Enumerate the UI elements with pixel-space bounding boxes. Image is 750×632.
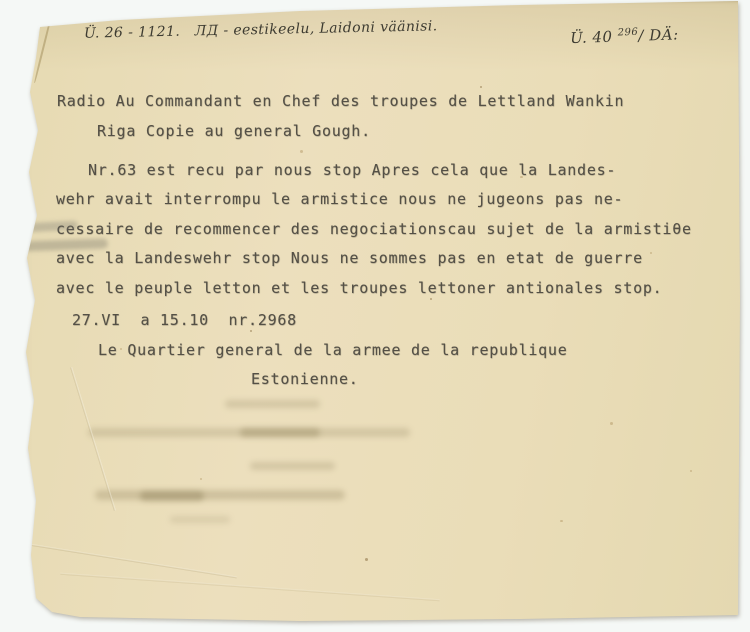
foxing-speck xyxy=(480,86,482,88)
telegram-body-line: avec la Landeswehr stop Nous ne sommes p… xyxy=(56,249,643,267)
foxing-speck xyxy=(250,330,252,332)
foxing-speck xyxy=(560,520,563,522)
paper-crease xyxy=(60,573,439,602)
torn-edge-fold-line xyxy=(34,15,53,83)
annotation-suffix: DÄ: xyxy=(644,25,679,44)
paper-crease xyxy=(70,367,116,511)
annotation-superscript-number: 296 xyxy=(617,27,638,39)
bleed-through-text-mark xyxy=(225,400,320,408)
telegram-body-line: cessaire de recommencer des negociations… xyxy=(56,220,692,238)
paper-shadow-wrap: Ü. 26 - 1121. ЛД - eestikeelu, Laidoni v… xyxy=(0,0,750,632)
foxing-speck xyxy=(365,558,368,561)
telegram-body-line: Nr.63 est recu par nous stop Apres cela … xyxy=(88,161,616,179)
handwritten-annotation-top-right: Ü. 40 296/ DÄ: xyxy=(527,7,679,66)
foxing-speck xyxy=(430,298,432,300)
bleed-through-text-mark xyxy=(140,491,204,501)
foxing-speck xyxy=(200,478,202,480)
bleed-through-text-mark xyxy=(170,516,230,523)
bleed-through-text-mark xyxy=(250,462,335,470)
telegram-signature-line: Le Quartier general de la armee de la re… xyxy=(98,341,567,359)
scanned-document-view: Ü. 26 - 1121. ЛД - eestikeelu, Laidoni v… xyxy=(0,0,750,632)
foxing-speck xyxy=(300,150,303,153)
handwritten-annotation-top-left: Ü. 26 - 1121. ЛД - eestikeelu, Laidoni v… xyxy=(84,18,438,41)
foxing-speck xyxy=(520,176,523,178)
telegram-address-line: Radio Au Commandant en Chef des troupes … xyxy=(57,92,624,110)
telegram-paper: Ü. 26 - 1121. ЛД - eestikeelu, Laidoni v… xyxy=(0,0,750,632)
annotation-prefix: Ü. 40 xyxy=(570,27,618,47)
foxing-speck xyxy=(650,252,652,254)
bleed-through-text-mark xyxy=(95,490,345,500)
telegram-date-number-line: 27.VI a 15.10 nr.2968 xyxy=(72,311,297,329)
bleed-through-text-mark xyxy=(240,428,320,437)
foxing-speck xyxy=(610,422,613,425)
telegram-copy-line: Riga Copie au general Gough. xyxy=(97,122,371,140)
foxing-speck xyxy=(690,470,692,472)
telegram-body-line: avec le peuple letton et les troupes let… xyxy=(56,279,662,297)
foxing-speck xyxy=(120,348,122,350)
telegram-body-line: wehr avait interrompu le armistice nous … xyxy=(56,190,623,208)
telegram-signature-line: Estonienne. xyxy=(251,370,359,388)
